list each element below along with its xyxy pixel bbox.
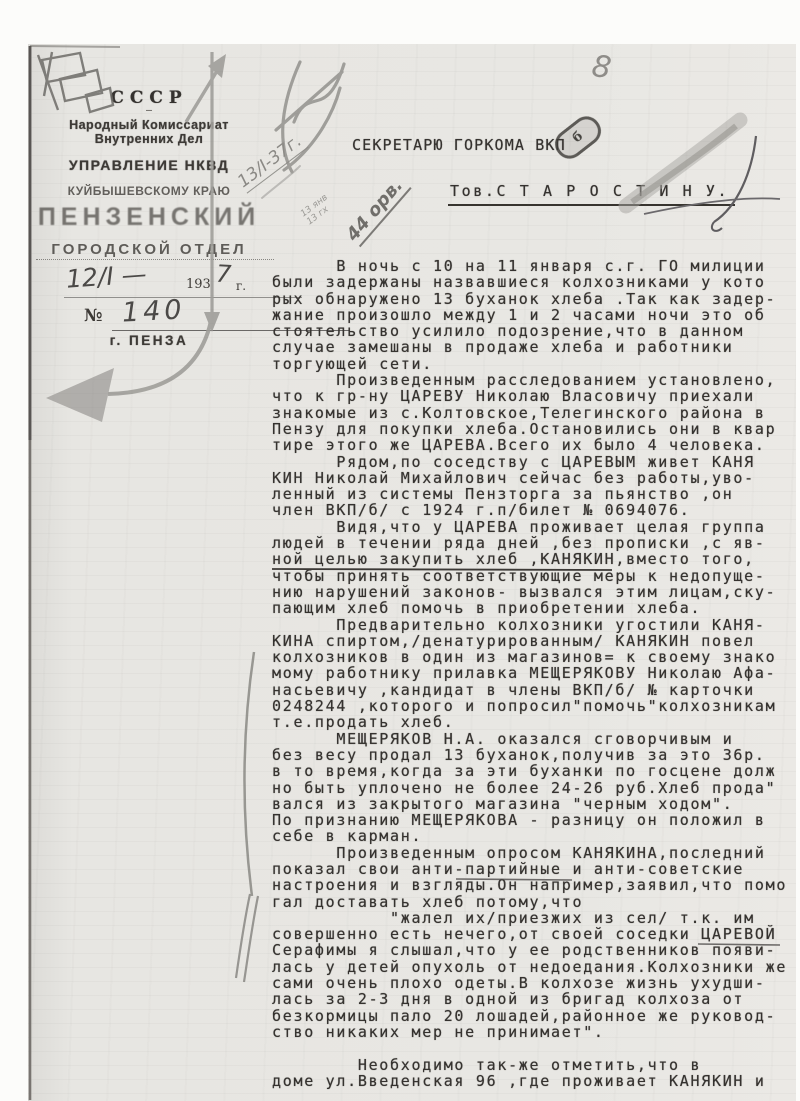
typed-line: рых обнаружено 13 буханок хлеба .Так как… bbox=[272, 291, 792, 307]
number-label: № bbox=[84, 306, 102, 326]
typed-line: гал доставать хлеб потому,что bbox=[272, 894, 792, 910]
typed-line: ство никаких мер не принимает". bbox=[272, 1024, 792, 1040]
letterhead-region: КУЙБЫШЕВСКОМУ КРАЮ bbox=[30, 184, 268, 198]
typed-line: 0248244 ,которого и попросил"помочь"колх… bbox=[272, 698, 792, 714]
typed-line: Пензу для покупки хлеба.Остановились они… bbox=[272, 421, 792, 437]
recipient-name-line: Тов.С Т А Р О С Т И Н У. bbox=[448, 182, 735, 206]
letterhead-city: г. ПЕНЗА bbox=[30, 333, 268, 348]
typed-line: чтобы принять соответствующие меры к нед… bbox=[272, 568, 792, 584]
typed-line: МЕЩЕРЯКОВ Н.А. оказался сговорчивым и bbox=[272, 731, 792, 747]
handwritten-number: 140 bbox=[121, 294, 186, 328]
typed-line: мому работнику прилавка МЕЩЕРЯКОВУ Никол… bbox=[272, 665, 792, 681]
typed-line: Рядом,по соседству с ЦАРЕВЫМ живет КАНЯ bbox=[272, 454, 792, 470]
typed-line bbox=[272, 1040, 792, 1056]
typed-line: в то время,когда за эти буханки по госце… bbox=[272, 763, 792, 779]
letterhead-org-line2: Внутренних Дел bbox=[30, 132, 268, 146]
typed-line: насьевичу ,кандидат в члены ВКП/б/ № кар… bbox=[272, 682, 792, 698]
typed-line: доме ул.Введенская 96 ,где проживает КАН… bbox=[272, 1073, 792, 1089]
typed-line: безкормицы пало 20 лошадей,районное же р… bbox=[272, 1008, 792, 1024]
typed-line: вался из закрытого магазина "черным ходо… bbox=[272, 796, 792, 812]
typed-line: нию нарушений законов- вызвался этим лиц… bbox=[272, 584, 792, 600]
typed-line: ленный из системы Пензторга за пьянство … bbox=[272, 486, 792, 502]
handwritten-day-month: 12/I — bbox=[65, 259, 147, 294]
letterhead-dotted-rule bbox=[36, 259, 274, 260]
printed-year-suffix: г. bbox=[236, 279, 246, 293]
document-body: В ночь с 10 на 11 января с.г. ГО милиции… bbox=[272, 258, 792, 1089]
typed-line: т.е.продать хлеб. bbox=[272, 714, 792, 730]
letterhead-number-row: № 140 bbox=[30, 300, 268, 332]
typed-line: были задержаны назвавшиеся колхозниками … bbox=[272, 274, 792, 290]
printed-year-prefix: 193 bbox=[186, 277, 211, 292]
typed-line: Предварительно колхозники угостили КАНЯ- bbox=[272, 617, 792, 633]
typed-line: торгующей сети. bbox=[272, 356, 792, 372]
typed-line: КИН Николай Михайлович сейчас без работы… bbox=[272, 470, 792, 486]
typed-line: Произведенным расследованием установлено… bbox=[272, 372, 792, 388]
typed-line: член ВКП/б/ с 1924 г.п/билет № 0694076. bbox=[272, 502, 792, 518]
typed-line: случае замешаны в продаже хлеба и работн… bbox=[272, 339, 792, 355]
typed-line: ной целью закупить хлеб ,КАНЯКИН,вместо … bbox=[272, 551, 792, 567]
typed-line: пающим хлеб помочь в приобретении хлеба. bbox=[272, 600, 792, 616]
typed-line: лась за 2-3 дня в одной из бригад колхоз… bbox=[272, 991, 792, 1007]
typed-line: знакомые из с.Колтовское,Телегинского ра… bbox=[272, 405, 792, 421]
letterhead-office-type: ГОРОДСКОЙ ОТДЕЛ bbox=[30, 241, 268, 258]
typed-line: людей в течении ряда дней ,без прописки … bbox=[272, 535, 792, 551]
recipient-title-line: СЕКРЕТАРЮ ГОРКОМА ВКП bbox=[352, 136, 566, 154]
letterhead-office-name: ПЕНЗЕНСКИЙ bbox=[30, 203, 268, 232]
typed-line: но быть уплочено не более 24-26 руб.Хлеб… bbox=[272, 780, 792, 796]
typed-line: что к гр-ну ЦАРЕВУ Николаю Власовичу при… bbox=[272, 388, 792, 404]
letterhead-divider: — bbox=[30, 105, 268, 116]
typed-line: КИНА спиртом,/денатурированным/ КАНЯКИН … bbox=[272, 633, 792, 649]
handwritten-year-digit: 7 bbox=[215, 260, 232, 289]
typed-line: себе в карман. bbox=[272, 828, 792, 844]
letterhead-org-line1: Народный Комиссариат bbox=[30, 118, 268, 132]
typed-line: Необходимо так-же отметить,что в bbox=[272, 1057, 792, 1073]
stamp-letter: б bbox=[570, 129, 586, 146]
typed-line: Произведенным опросом КАНЯКИНА,последний bbox=[272, 845, 792, 861]
scanned-document-page: { "letterhead": { "country": "СССР", "di… bbox=[0, 0, 800, 1101]
typed-line: показал свои анти-партийные и анти-совет… bbox=[272, 861, 792, 877]
typed-line: "жалел их/приезжих из сел/ т.к. им bbox=[272, 910, 792, 926]
typed-line: Серафимы я слышал,что у ее родственников… bbox=[272, 942, 792, 958]
typed-line: без весу продал 13 буханок,получив за эт… bbox=[272, 747, 792, 763]
typed-line: тире этого же ЦАРЕВА.Всего их было 4 чел… bbox=[272, 437, 792, 453]
letterhead-date-row: 12/I — 193 7 г. bbox=[36, 264, 274, 298]
typed-line: По признанию МЕЩЕРЯКОВА - разницу он пол… bbox=[272, 812, 792, 828]
typed-line: лась у детей опухоль от недоедания.Колхо… bbox=[272, 959, 792, 975]
letterhead-department: УПРАВЛЕНИЕ НКВД bbox=[30, 157, 268, 173]
typed-line: сами очень плохо одеты.В колхозе жизнь у… bbox=[272, 975, 792, 991]
typed-line: жание произошло между 1 и 2 часами ночи … bbox=[272, 307, 792, 323]
typed-line: колхозников в один из магазинов= к своем… bbox=[272, 649, 792, 665]
typed-line: В ночь с 10 на 11 января с.г. ГО милиции bbox=[272, 258, 792, 274]
typed-line: настроения и взгляды.Он например,заявил,… bbox=[272, 877, 792, 893]
typed-line: Видя,что у ЦАРЕВА проживает целая группа bbox=[272, 519, 792, 535]
